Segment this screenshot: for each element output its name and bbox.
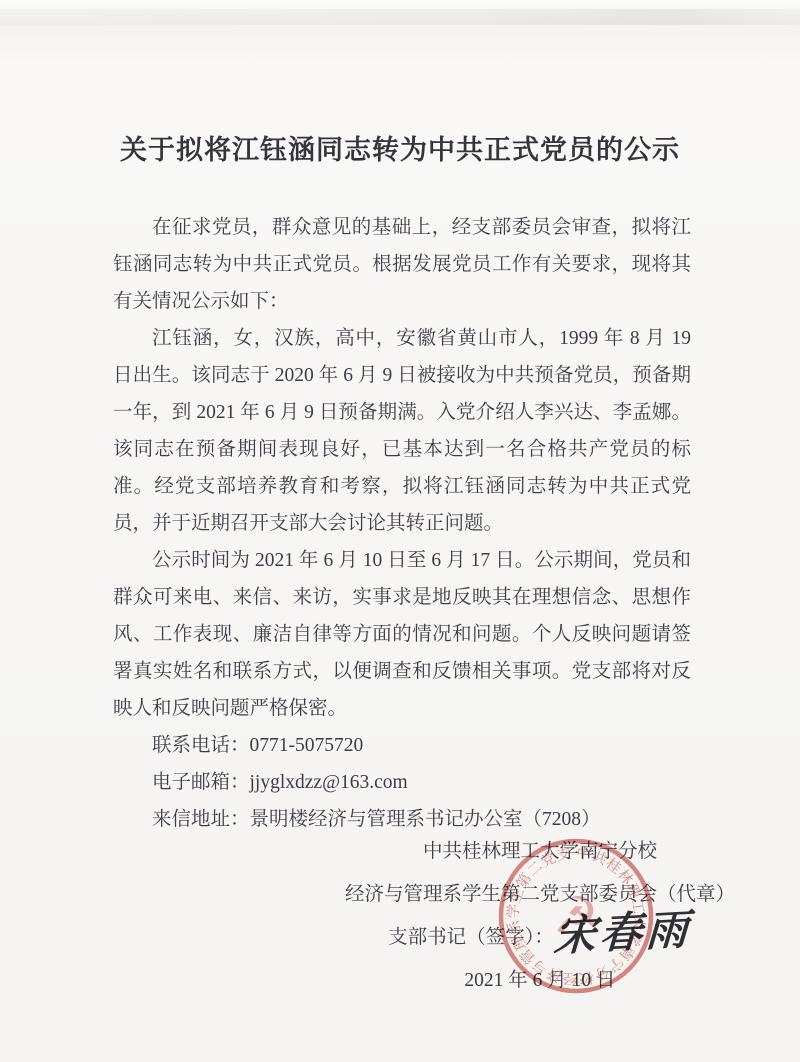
org-name-line-2: 经济与管理系学生第二党支部委员会（代章） (300, 873, 780, 916)
signature-block: 中共桂林理工大学南宁分校 经济与管理系学生第二党支部委员会（代章） 支部书记（签… (300, 830, 780, 1002)
paragraph-member-info: 江钰涵，女，汉族，高中，安徽省黄山市人，1999 年 8 月 19 日出生。该同… (113, 320, 691, 542)
paragraph-intro: 在征求党员，群众意见的基础上，经支部委员会审查，拟将江钰涵同志转为中共正式党员。… (113, 209, 691, 320)
contact-email-line: 电子邮箱：jjyglxdzz@163.com (113, 764, 691, 801)
paragraph-notice-period: 公示时间为 2021 年 6 月 10 日至 6 月 17 日。公示期间，党员和… (113, 542, 691, 727)
scan-artifact-band (0, 9, 800, 25)
signer-line: 支部书记（签字）： 宋春雨 (300, 916, 780, 959)
document-page: 关于拟将江钰涵同志转为中共正式党员的公示 在征求党员，群众意见的基础上，经支部委… (0, 0, 800, 1062)
contact-phone-line: 联系电话：0771-5075720 (113, 727, 691, 764)
handwritten-signature: 宋春雨 (553, 909, 693, 958)
signer-label: 支部书记（签字）： (388, 916, 554, 959)
date-line: 2021 年 6 月 10 日 (300, 959, 780, 1002)
org-name-line-1: 中共桂林理工大学南宁分校 (300, 830, 780, 873)
document-body: 在征求党员，群众意见的基础上，经支部委员会审查，拟将江钰涵同志转为中共正式党员。… (113, 209, 691, 838)
document-title: 关于拟将江钰涵同志转为中共正式党员的公示 (0, 0, 800, 167)
